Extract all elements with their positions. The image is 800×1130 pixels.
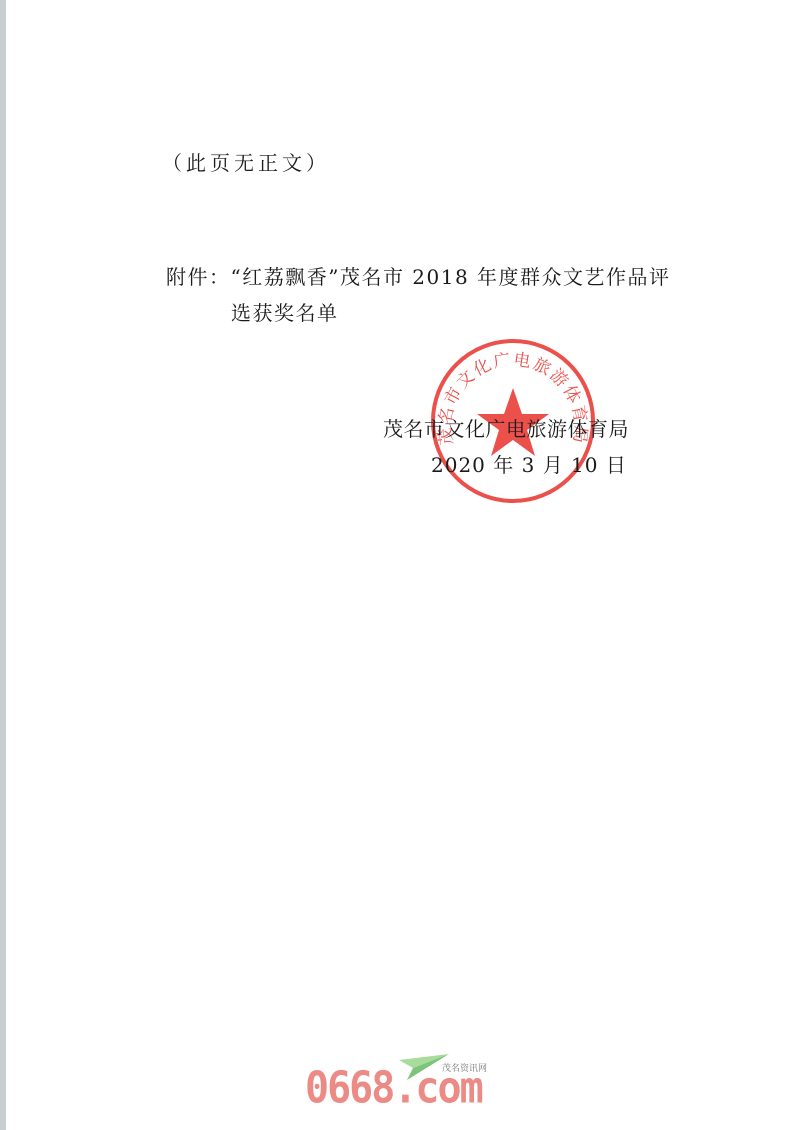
issue-date: 2020 年 3 月 10 日 bbox=[431, 452, 627, 478]
site-watermark: 0668.com 茂名资讯网 bbox=[305, 1060, 505, 1110]
scanned-page-edge bbox=[0, 0, 6, 1130]
watermark-site-name: 茂名资讯网 bbox=[442, 1061, 487, 1074]
attachment-title-line1: 附件：“红荔飘香”茂名市 2018 年度群众文艺作品评 bbox=[166, 264, 671, 290]
issuing-organization: 茂名市文化广电旅游体育局 bbox=[383, 416, 629, 442]
attachment-title-line2: 选获奖名单 bbox=[231, 300, 339, 326]
no-body-note: （此页无正文） bbox=[162, 150, 330, 176]
